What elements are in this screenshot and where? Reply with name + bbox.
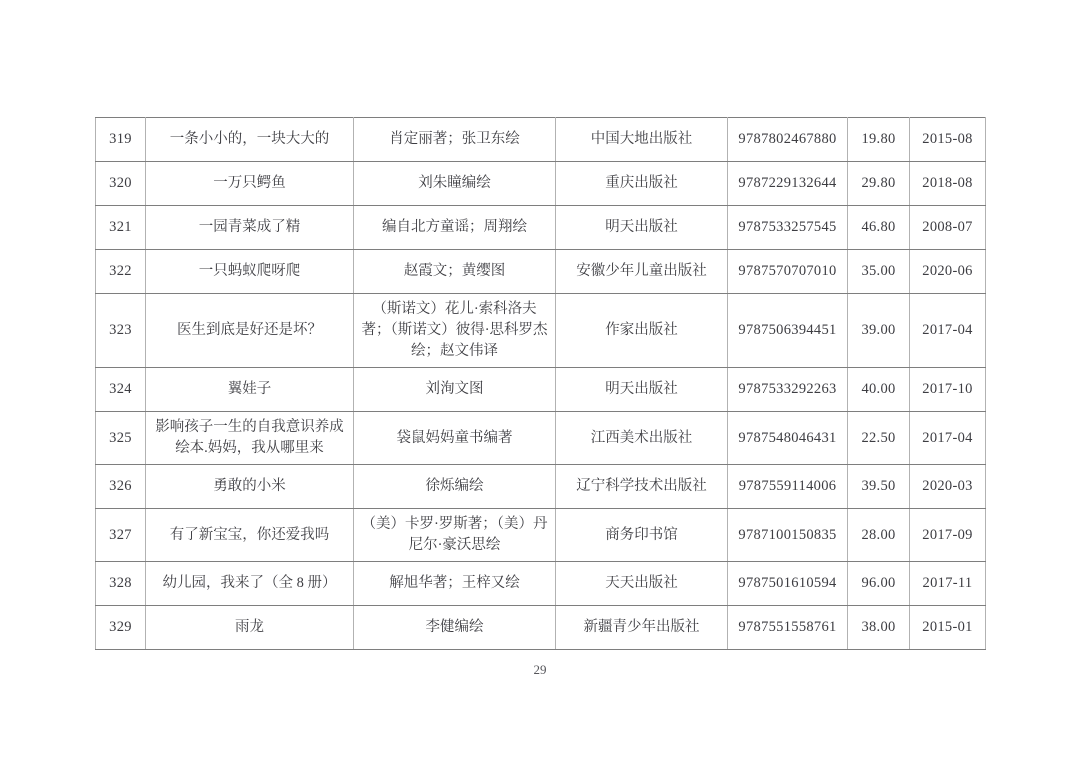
cell-author: 徐烁编绘	[354, 465, 556, 509]
cell-price: 38.00	[848, 606, 910, 650]
cell-title: 医生到底是好还是坏？	[146, 294, 354, 368]
cell-price: 39.50	[848, 465, 910, 509]
cell-title: 一只蚂蚁爬呀爬	[146, 250, 354, 294]
cell-title: 有了新宝宝，你还爱我吗	[146, 509, 354, 562]
cell-date: 2017-11	[910, 562, 986, 606]
table-row: 325 影响孩子一生的自我意识养成绘本.妈妈，我从哪里来 袋鼠妈妈童书编著 江西…	[96, 412, 986, 465]
cell-no: 325	[96, 412, 146, 465]
book-list-table: 319 一条小小的，一块大大的 肖定丽著；张卫东绘 中国大地出版社 978780…	[95, 117, 986, 650]
cell-no: 328	[96, 562, 146, 606]
cell-price: 28.00	[848, 509, 910, 562]
cell-price: 46.80	[848, 206, 910, 250]
document-page: 319 一条小小的，一块大大的 肖定丽著；张卫东绘 中国大地出版社 978780…	[0, 0, 1080, 763]
page-number: 29	[0, 662, 1080, 678]
cell-no: 326	[96, 465, 146, 509]
cell-isbn: 9787548046431	[728, 412, 848, 465]
cell-date: 2020-06	[910, 250, 986, 294]
cell-title: 幼儿园，我来了（全 8 册）	[146, 562, 354, 606]
table-row: 328 幼儿园，我来了（全 8 册） 解旭华著；王梓又绘 天天出版社 97875…	[96, 562, 986, 606]
cell-date: 2008-07	[910, 206, 986, 250]
cell-date: 2015-08	[910, 118, 986, 162]
cell-title: 雨龙	[146, 606, 354, 650]
table-row: 329 雨龙 李健编绘 新疆青少年出版社 9787551558761 38.00…	[96, 606, 986, 650]
cell-date: 2020-03	[910, 465, 986, 509]
cell-no: 320	[96, 162, 146, 206]
cell-isbn: 9787559114006	[728, 465, 848, 509]
cell-isbn: 9787100150835	[728, 509, 848, 562]
cell-price: 39.00	[848, 294, 910, 368]
table-row: 326 勇敢的小米 徐烁编绘 辽宁科学技术出版社 9787559114006 3…	[96, 465, 986, 509]
cell-price: 19.80	[848, 118, 910, 162]
cell-no: 327	[96, 509, 146, 562]
cell-author: 赵霞文；黄缨图	[354, 250, 556, 294]
cell-author: （斯诺文）花儿·索科洛夫著；（斯诺文）彼得·思科罗杰绘；赵文伟译	[354, 294, 556, 368]
table-row: 323 医生到底是好还是坏？ （斯诺文）花儿·索科洛夫著；（斯诺文）彼得·思科罗…	[96, 294, 986, 368]
cell-price: 29.80	[848, 162, 910, 206]
cell-date: 2017-10	[910, 368, 986, 412]
cell-title: 一万只鳄鱼	[146, 162, 354, 206]
cell-date: 2017-04	[910, 412, 986, 465]
cell-title: 翼娃子	[146, 368, 354, 412]
cell-isbn: 9787533257545	[728, 206, 848, 250]
cell-title: 一园青菜成了精	[146, 206, 354, 250]
cell-publisher: 商务印书馆	[556, 509, 728, 562]
cell-publisher: 明天出版社	[556, 368, 728, 412]
cell-date: 2017-09	[910, 509, 986, 562]
cell-isbn: 9787533292263	[728, 368, 848, 412]
cell-publisher: 新疆青少年出版社	[556, 606, 728, 650]
table-row: 322 一只蚂蚁爬呀爬 赵霞文；黄缨图 安徽少年儿童出版社 9787570707…	[96, 250, 986, 294]
cell-publisher: 作家出版社	[556, 294, 728, 368]
cell-isbn: 9787506394451	[728, 294, 848, 368]
cell-publisher: 明天出版社	[556, 206, 728, 250]
cell-price: 96.00	[848, 562, 910, 606]
cell-publisher: 中国大地出版社	[556, 118, 728, 162]
cell-author: 袋鼠妈妈童书编著	[354, 412, 556, 465]
cell-publisher: 江西美术出版社	[556, 412, 728, 465]
cell-author: 解旭华著；王梓又绘	[354, 562, 556, 606]
cell-isbn: 9787570707010	[728, 250, 848, 294]
cell-author: 李健编绘	[354, 606, 556, 650]
table-row: 324 翼娃子 刘洵文图 明天出版社 9787533292263 40.00 2…	[96, 368, 986, 412]
cell-price: 35.00	[848, 250, 910, 294]
cell-no: 322	[96, 250, 146, 294]
cell-no: 323	[96, 294, 146, 368]
table-row: 319 一条小小的，一块大大的 肖定丽著；张卫东绘 中国大地出版社 978780…	[96, 118, 986, 162]
cell-author: 刘朱瞳编绘	[354, 162, 556, 206]
cell-date: 2018-08	[910, 162, 986, 206]
cell-publisher: 辽宁科学技术出版社	[556, 465, 728, 509]
cell-title: 影响孩子一生的自我意识养成绘本.妈妈，我从哪里来	[146, 412, 354, 465]
table-row: 327 有了新宝宝，你还爱我吗 （美）卡罗·罗斯著；（美）丹尼尔·豪沃思绘 商务…	[96, 509, 986, 562]
cell-author: 编自北方童谣；周翔绘	[354, 206, 556, 250]
table-row: 321 一园青菜成了精 编自北方童谣；周翔绘 明天出版社 97875332575…	[96, 206, 986, 250]
cell-no: 329	[96, 606, 146, 650]
cell-no: 321	[96, 206, 146, 250]
cell-publisher: 重庆出版社	[556, 162, 728, 206]
cell-price: 40.00	[848, 368, 910, 412]
cell-title: 勇敢的小米	[146, 465, 354, 509]
cell-price: 22.50	[848, 412, 910, 465]
cell-publisher: 天天出版社	[556, 562, 728, 606]
cell-isbn: 9787501610594	[728, 562, 848, 606]
cell-isbn: 9787802467880	[728, 118, 848, 162]
cell-no: 319	[96, 118, 146, 162]
cell-no: 324	[96, 368, 146, 412]
cell-author: 肖定丽著；张卫东绘	[354, 118, 556, 162]
table-row: 320 一万只鳄鱼 刘朱瞳编绘 重庆出版社 9787229132644 29.8…	[96, 162, 986, 206]
cell-title: 一条小小的，一块大大的	[146, 118, 354, 162]
cell-author: （美）卡罗·罗斯著；（美）丹尼尔·豪沃思绘	[354, 509, 556, 562]
cell-date: 2015-01	[910, 606, 986, 650]
cell-isbn: 9787229132644	[728, 162, 848, 206]
cell-isbn: 9787551558761	[728, 606, 848, 650]
cell-publisher: 安徽少年儿童出版社	[556, 250, 728, 294]
cell-date: 2017-04	[910, 294, 986, 368]
cell-author: 刘洵文图	[354, 368, 556, 412]
